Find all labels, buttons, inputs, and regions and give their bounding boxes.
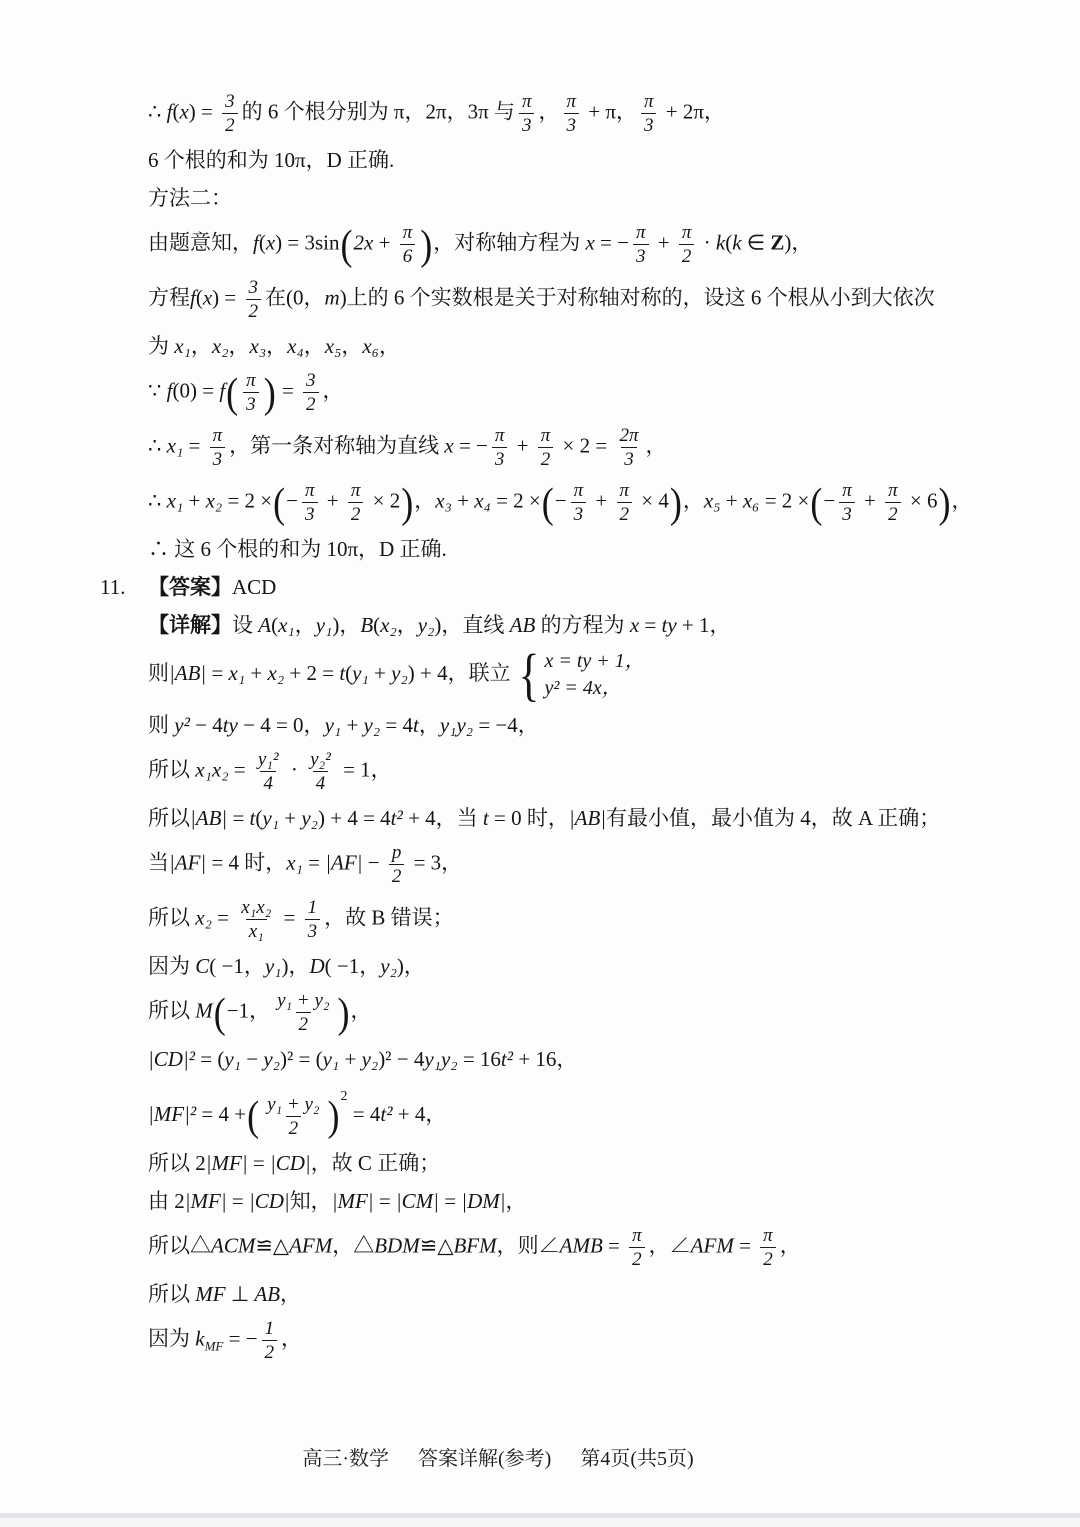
fraction: π3 <box>839 479 855 526</box>
big-paren-left: ( <box>810 481 822 523</box>
fraction: 32 <box>246 276 262 323</box>
footer-page-info: 第4页(共5页) <box>580 1448 693 1470</box>
big-paren-right: ) <box>401 481 413 523</box>
answer-content: ∴ f(x) = 32的 6 个根分别为 π，2π，3π 与π3，π3 + π，… <box>148 90 1026 1372</box>
fraction: 13 <box>305 896 321 943</box>
fraction: π3 <box>302 479 318 526</box>
formula-line: 6 个根的和为 10π，D 正确. <box>148 145 1026 175</box>
formula-line: 所以△ACM≌△AFM，△BDM≌△BFM，则∠AMB = π2，∠AFM = … <box>148 1224 1026 1271</box>
formula-line: 【详解】设 A(x₁，y₁)，B(x₂，y₂)，直线 AB 的方程为 x = t… <box>148 610 1026 640</box>
fraction: 2π3 <box>616 424 641 471</box>
fraction: π3 <box>633 221 649 268</box>
formula-line: 由 2|MF| = |CD|知，|MF| = |CM| = |DM|， <box>148 1186 1026 1216</box>
exam-answer-page: ∴ f(x) = 32的 6 个根分别为 π，2π，3π 与π3，π3 + π，… <box>0 0 1080 1527</box>
formula-line: 所以|AB| = t(y₁ + y₂) + 4 = 4t² + 4，当 t = … <box>148 803 1026 833</box>
formula-line: 方程f(x) = 32在(0，m)上的 6 个实数根是关于对称轴对称的，设这 6… <box>148 276 1026 323</box>
formula-line: 因为 kMF = −12， <box>148 1317 1026 1364</box>
footer-doc-title: 答案详解(参考) <box>418 1448 551 1470</box>
footer-course: 高三·数学 <box>302 1448 389 1470</box>
fraction: p2 <box>389 841 405 888</box>
formula-line: 所以 x₂ = x₁x₂x₁ = 13，故 B 错误； <box>148 896 1026 943</box>
big-paren-left: ( <box>542 481 554 523</box>
fraction: π3 <box>641 90 657 137</box>
big-paren-right: ) <box>338 991 350 1033</box>
big-paren-left: ( <box>214 991 226 1033</box>
section-label: 【答案】 <box>148 575 232 599</box>
formula-line: |MF|² = 4 +(y₁ + y₂2)2 = 4t² + 4， <box>148 1082 1026 1140</box>
question-number: 11. <box>100 572 148 602</box>
fraction: π2 <box>885 479 901 526</box>
big-paren-left: ( <box>341 223 353 265</box>
big-paren-left: ( <box>273 481 285 523</box>
big-paren-right: ) <box>264 371 276 413</box>
formula-line: ∴ x₁ + x₂ = 2 ×(−π3 + π2 × 2)，x₃ + x₄ = … <box>148 479 1026 526</box>
fraction: π3 <box>571 479 587 526</box>
fraction: π2 <box>348 479 364 526</box>
fraction: π3 <box>243 369 259 416</box>
fraction: π2 <box>629 1224 645 1271</box>
page-footer: 高三·数学 答案详解(参考) 第4页(共5页) <box>0 1442 1080 1471</box>
footer-text: 高三·数学 答案详解(参考) 第4页(共5页) <box>290 1442 705 1471</box>
fraction: π3 <box>563 90 579 137</box>
fraction: π2 <box>538 424 554 471</box>
big-paren-right: ) <box>939 481 951 523</box>
fraction: π2 <box>760 1224 776 1271</box>
formula-line: 所以 2|MF| = |CD|，故 C 正确； <box>148 1148 1026 1178</box>
page-bottom-margin <box>0 1518 1080 1527</box>
formula-line: 则 y² − 4ty − 4 = 0，y₁ + y₂ = 4t，y₁y₂ = −… <box>148 710 1026 740</box>
big-paren-right: ) <box>670 481 682 523</box>
formula-line: 所以 x₁x₂ = y₁²4 · y₂²4 = 1， <box>148 748 1026 795</box>
formula-line: ∴ f(x) = 32的 6 个根分别为 π，2π，3π 与π3，π3 + π，… <box>148 90 1026 137</box>
fraction: π6 <box>400 221 416 268</box>
fraction: x₁x₂x₁ <box>238 896 274 943</box>
formula-line: 当|AF| = 4 时，x₁ = |AF| − p2 = 3， <box>148 841 1026 888</box>
formula-line: ∵ f(0) = f(π3) = 32， <box>148 369 1026 416</box>
big-paren-left: ( <box>226 371 238 413</box>
fraction: y₁ + y₂2 <box>264 1093 322 1140</box>
fraction: y₁ + y₂2 <box>274 989 332 1036</box>
fraction: 12 <box>262 1317 278 1364</box>
fraction: y₂²4 <box>307 748 334 795</box>
formula-line: 所以 M(−1，y₁ + y₂2)， <box>148 989 1026 1036</box>
fraction: 32 <box>303 369 319 416</box>
formula-line: 11.【答案】ACD <box>148 572 1026 602</box>
fraction: 32 <box>222 90 238 137</box>
fraction: π3 <box>519 90 535 137</box>
formula-line: 由题意知，f(x) = 3sin(2x + π6)，对称轴方程为 x = −π3… <box>148 221 1026 268</box>
formula-line: 所以 MF ⊥ AB， <box>148 1279 1026 1309</box>
fraction: π3 <box>492 424 508 471</box>
formula-line: 方法二： <box>148 183 1026 213</box>
fraction: π3 <box>210 424 226 471</box>
fraction: y₁²4 <box>255 748 282 795</box>
big-paren-right: ) <box>420 223 432 265</box>
section-label: 【详解】 <box>148 613 232 637</box>
big-paren-left: ( <box>247 1095 259 1137</box>
formula-line: |CD|² = (y₁ − y₂)² = (y₁ + y₂)² − 4y₁y₂ … <box>148 1044 1026 1074</box>
equation-system: {x = ty + 1，y² = 4x， <box>515 648 645 702</box>
formula-line: ∴ 这 6 个根的和为 10π，D 正确. <box>148 534 1026 564</box>
formula-line: ∴ x₁ = π3，第一条对称轴为直线 x = −π3 + π2 × 2 = 2… <box>148 424 1026 471</box>
big-paren-right: ) <box>328 1095 340 1137</box>
formula-line: 因为 C( −1，y₁)，D( −1，y₂)， <box>148 951 1026 981</box>
fraction: π2 <box>617 479 633 526</box>
fraction: π2 <box>679 221 695 268</box>
formula-line: 则|AB| = x₁ + x₂ + 2 = t(y₁ + y₂) + 4，联立{… <box>148 648 1026 702</box>
formula-line: 为 x₁，x₂，x₃，x₄，x₅，x₆， <box>148 331 1026 361</box>
